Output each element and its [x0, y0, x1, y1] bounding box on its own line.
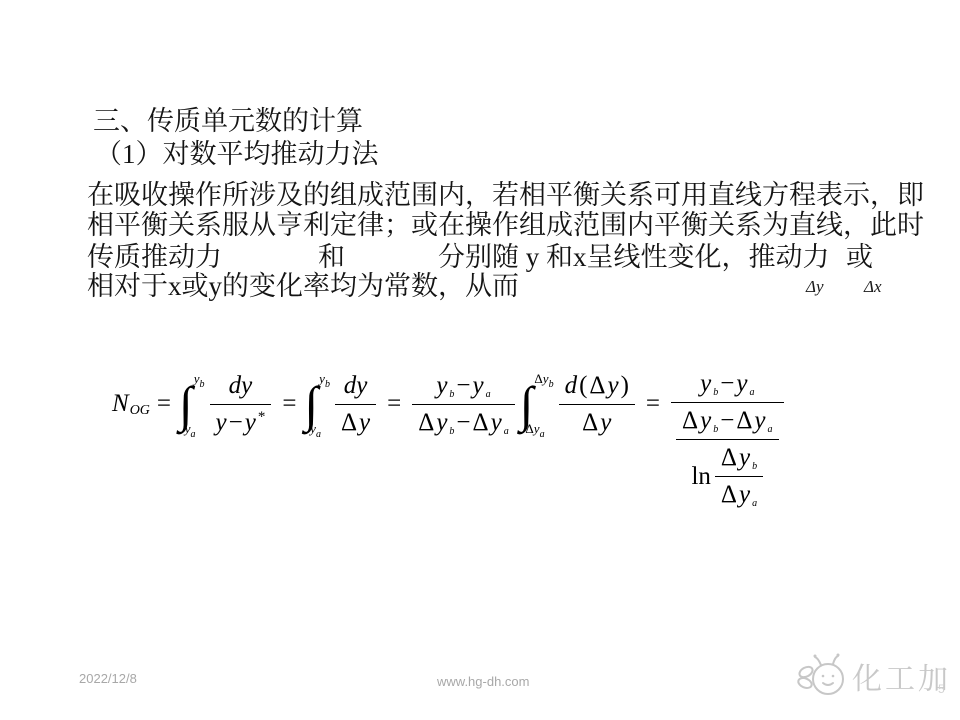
fraction-d-delta-y-over-delta-y: d(Δy) Δy	[559, 372, 635, 437]
integral-delta-ya-delta-yb: ∫ Δyb Δya	[520, 371, 554, 437]
equals-sign: =	[157, 390, 171, 418]
integral-ya-yb: ∫ yb ya	[179, 371, 204, 437]
footer-url: www.hg-dh.com	[437, 674, 529, 689]
fraction-dyb-over-dya: Δyb Δya	[715, 444, 763, 509]
slide-subtitle: （1）对数平均推动力法	[95, 139, 379, 169]
integral-upper-limit: yb	[319, 371, 330, 387]
integral-lower-limit: Δya	[525, 421, 553, 437]
formula-N: N	[112, 390, 129, 418]
delta-y-symbol: Δy	[806, 277, 824, 297]
integral-lower-limit: ya	[185, 421, 205, 437]
integral-lower-limit: ya	[310, 421, 330, 437]
ln-operator: ln	[691, 463, 710, 491]
paragraph-line-3-seg4: 或	[846, 242, 873, 272]
superscript-star: *	[258, 409, 266, 425]
paragraph-line-3-seg3: 分别随 y 和x呈线性变化，推动力	[438, 242, 830, 272]
logo-text: 化工加	[852, 654, 951, 698]
paragraph-line-3-seg2: 和	[318, 242, 345, 272]
fraction-dy-over-delta-y: dy Δy	[335, 372, 376, 437]
bee-logo-icon	[795, 650, 851, 702]
integral-upper-limit: Δyb	[534, 371, 553, 387]
slide: 三、传质单元数的计算 （1）对数平均推动力法 在吸收操作所涉及的组成范围内，若相…	[0, 0, 960, 720]
paragraph-line-1: 在吸收操作所涉及的组成范围内，若相平衡关系可用直线方程表示，即	[87, 180, 924, 210]
equals-sign: =	[646, 390, 660, 418]
paragraph-line-2: 相平衡关系服从亨利定律；或在操作组成范围内平衡关系为直线，此时	[87, 210, 924, 240]
equals-sign: =	[387, 390, 401, 418]
fraction-dy-over-y-minus-ystar: dy y−y*	[210, 372, 272, 437]
integral-ya-yb: ∫ yb ya	[304, 371, 329, 437]
slide-title: 三、传质单元数的计算	[93, 106, 363, 136]
formula-N-subscript: OG	[130, 403, 150, 419]
fraction-dyb-dya-over-ln: Δyb−Δya ln Δyb Δya	[676, 407, 778, 509]
integral-upper-limit: yb	[194, 371, 205, 387]
fraction-yb-ya-over-dyb-dya: yb−ya Δyb−Δya	[412, 372, 514, 437]
fraction-log-mean-result: yb−ya Δyb−Δya ln Δyb Δya	[671, 370, 783, 509]
page-number: 5	[938, 682, 945, 696]
paragraph-line-3-seg1: 传质推动力	[87, 242, 222, 272]
delta-x-symbol: Δx	[864, 277, 882, 297]
footer-date: 2022/12/8	[79, 671, 137, 686]
formula-nog: NOG = ∫ yb ya dy y−y* = ∫ yb ya dy	[112, 352, 788, 456]
equals-sign: =	[282, 390, 296, 418]
paragraph-line-4: 相对于x或y的变化率均为常数，从而	[87, 271, 519, 301]
